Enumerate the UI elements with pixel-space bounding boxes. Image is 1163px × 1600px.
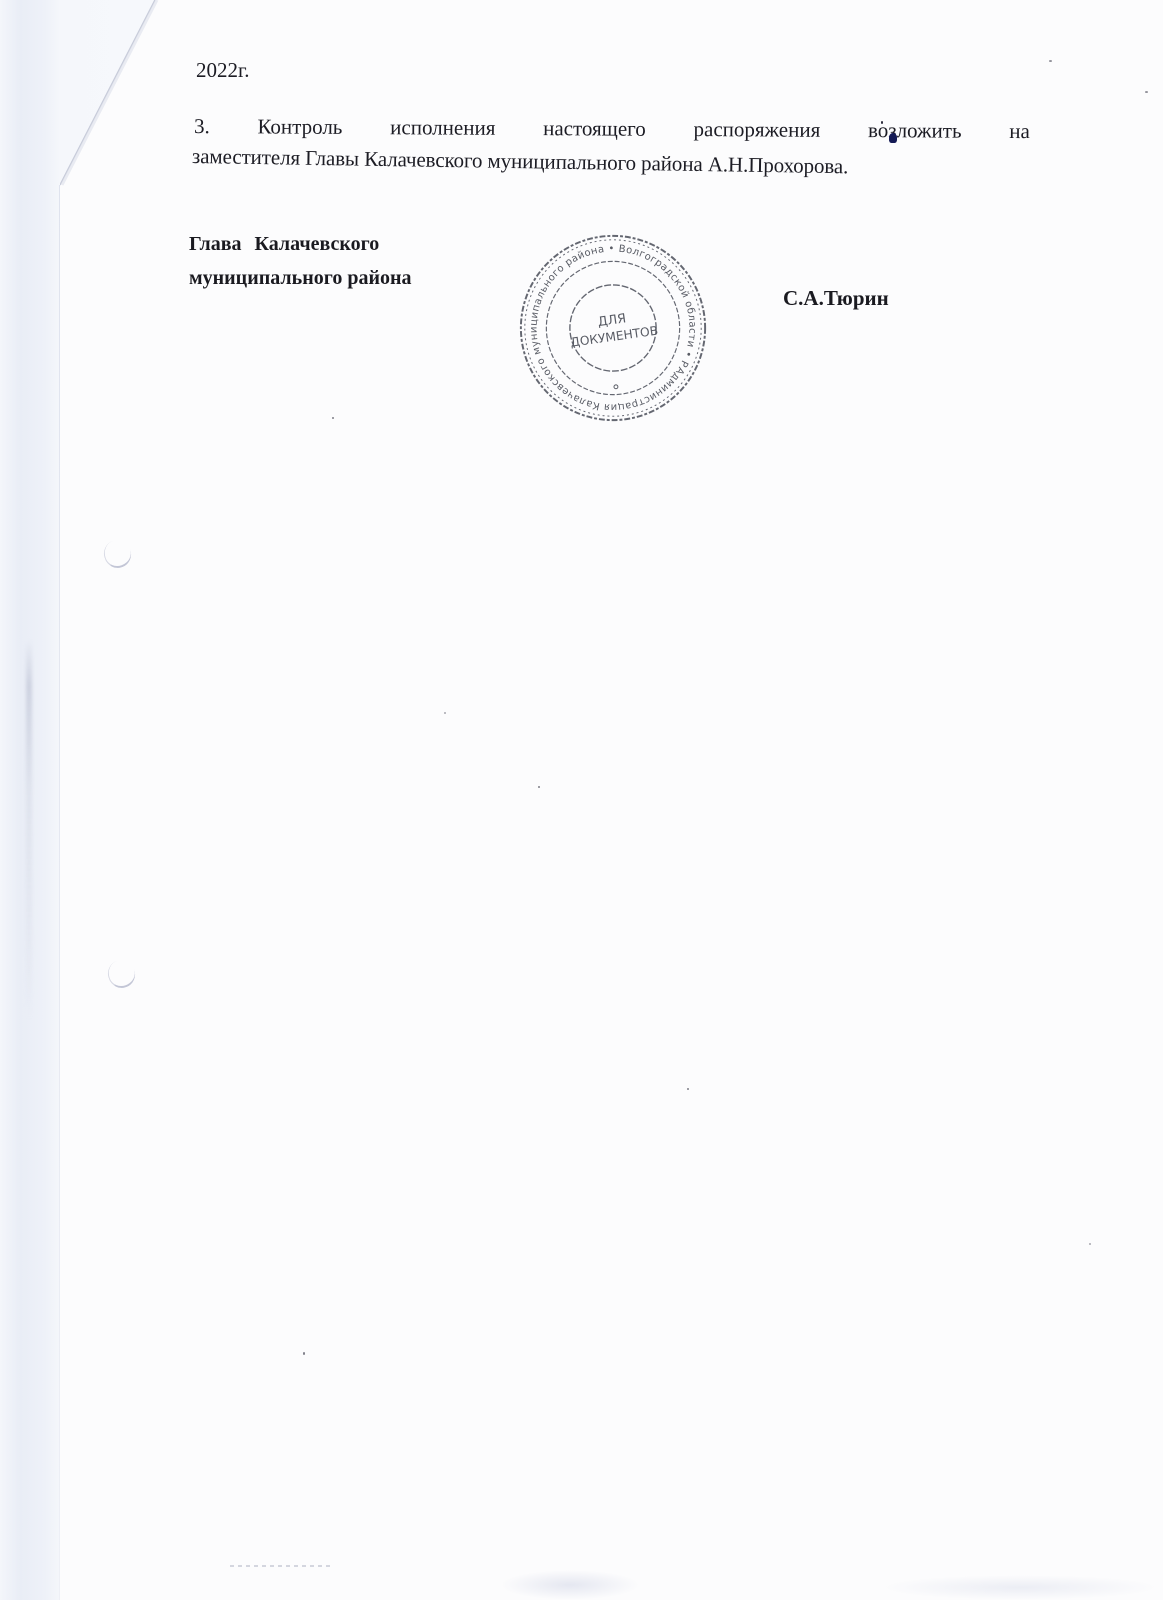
stamp-center-line-1: ДЛЯ <box>597 311 627 330</box>
signatory-title-line-2: муниципального района <box>189 268 412 288</box>
paragraph-word: исполнения <box>390 117 495 139</box>
page-left-edge <box>59 185 60 1600</box>
ink-speck <box>1145 91 1148 93</box>
paragraph-3-line-1: 3. Контроль исполнения настоящего распор… <box>194 116 1030 142</box>
signatory-title-line-1: Глава Калачевского <box>189 234 379 254</box>
scan-streak <box>26 640 32 1020</box>
signatory-name: С.А.Тюрин <box>783 288 889 309</box>
ink-speck <box>444 712 446 714</box>
paragraph-word: Контроль <box>257 116 342 138</box>
ink-speck <box>1089 1243 1091 1245</box>
ink-speck <box>332 417 334 419</box>
ink-blot <box>889 133 897 143</box>
scan-artifact <box>500 1570 640 1600</box>
paragraph-word: распоряжения <box>693 119 820 141</box>
ink-speck <box>538 786 540 788</box>
official-stamp: Администрация Калачевского муниципальног… <box>515 230 711 426</box>
scan-artifact <box>880 1575 1160 1600</box>
ink-speck <box>303 1352 305 1355</box>
ink-speck <box>687 1088 689 1090</box>
paragraph-word: настоящего <box>543 118 646 140</box>
scan-artifact <box>230 1565 330 1567</box>
ink-speck <box>881 121 883 124</box>
paragraph-word: 3. <box>194 116 210 137</box>
paragraph-word: на <box>1009 121 1030 142</box>
ink-speck <box>1049 60 1052 62</box>
year-fragment: 2022г. <box>196 60 250 81</box>
